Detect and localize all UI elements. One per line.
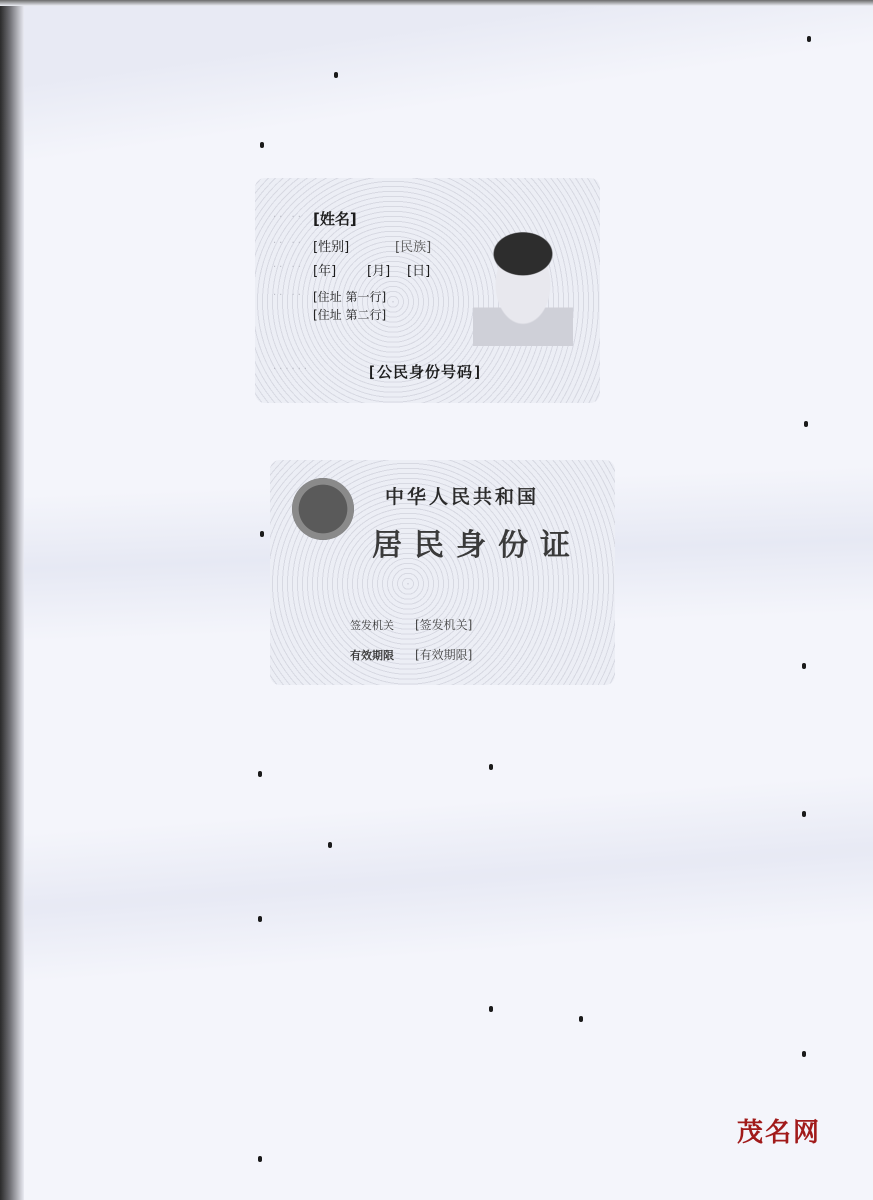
birth-year-value: [年] <box>313 260 336 279</box>
address-line2-value: [住址 第二行] <box>313 306 386 323</box>
validity-value: [有效期限] <box>415 646 472 663</box>
country-name: 中华人民共和国 <box>385 482 539 509</box>
portrait-photo <box>473 218 573 346</box>
birth-label: ·· ·· <box>273 262 304 273</box>
paper-speck <box>802 1051 806 1057</box>
paper-speck <box>334 72 338 78</box>
birth-month-value: [月] <box>367 260 390 279</box>
address-line1-value: [住址 第一行] <box>313 288 386 305</box>
sex-label: ·· ·· <box>273 238 304 249</box>
scanner-left-edge <box>0 0 24 1200</box>
id-card-back: 中华人民共和国 居民身份证 签发机关 [签发机关] 有效期限 [有效期限] <box>270 460 615 685</box>
birth-day-value: [日] <box>407 260 430 279</box>
paper-speck <box>489 764 493 770</box>
validity-label: 有效期限 <box>350 647 394 663</box>
paper-speck <box>804 421 808 427</box>
paper-speck <box>258 771 262 777</box>
paper-speck <box>489 1006 493 1012</box>
national-emblem-icon <box>292 478 354 540</box>
sex-value: [性别] <box>313 236 349 255</box>
paper-speck <box>802 663 806 669</box>
id-card-front: ·· ·· ·· ·· ·· ·· ·· ·· ······ [姓名] [性别]… <box>255 178 600 403</box>
card-title: 居民身份证 <box>372 520 582 564</box>
paper-speck <box>807 36 811 42</box>
name-label: ·· ·· <box>273 212 304 223</box>
issuer-value: [签发机关] <box>415 616 472 633</box>
id-number-label: ······ <box>273 364 310 375</box>
address-label: ·· ·· <box>273 290 304 301</box>
paper-speck <box>258 1156 262 1162</box>
issuer-label: 签发机关 <box>350 617 394 633</box>
paper-speck <box>258 916 262 922</box>
ethnicity-value: [民族] <box>395 236 431 255</box>
paper-speck <box>802 811 806 817</box>
id-number-value: [公民身份号码] <box>367 361 483 382</box>
name-value: [姓名] <box>313 208 357 229</box>
site-watermark: 茂名网 <box>737 1112 821 1149</box>
paper-speck <box>260 531 264 537</box>
paper-speck <box>579 1016 583 1022</box>
paper-speck <box>260 142 264 148</box>
paper-speck <box>328 842 332 848</box>
